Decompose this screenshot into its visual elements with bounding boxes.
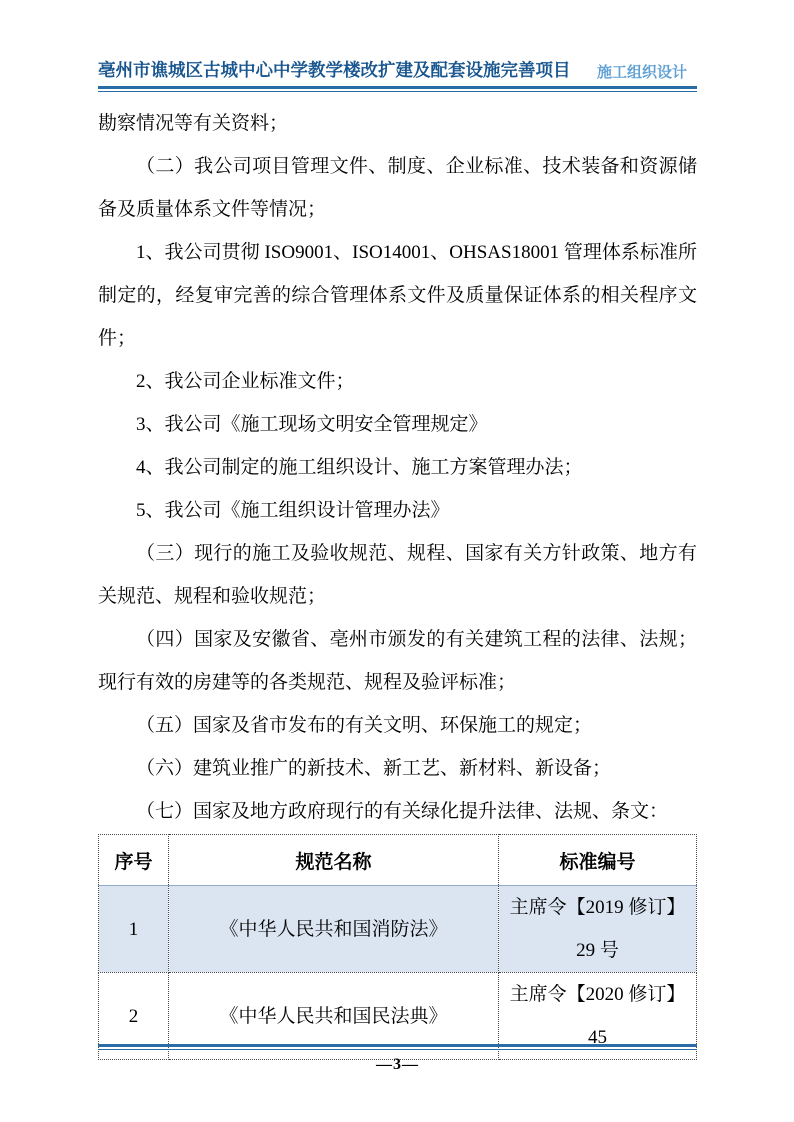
page-footer: —3—: [98, 1044, 697, 1074]
page-number: —3—: [98, 1056, 697, 1074]
header-rule: [98, 86, 697, 92]
document-body: 勘察情况等有关资料； （二）我公司项目管理文件、制度、企业标准、技术装备和资源储…: [98, 102, 697, 1060]
column-header-index: 序号: [99, 835, 169, 886]
paragraph-section-2: （二）我公司项目管理文件、制度、企业标准、技术装备和资源储备及质量体系文件等情况…: [98, 145, 697, 231]
paragraph-item-1: 1、我公司贯彻 ISO9001、ISO14001、OHSAS18001 管理体系…: [98, 231, 697, 360]
paragraph-item-2: 2、我公司企业标准文件；: [98, 360, 697, 403]
cell-name: 《中华人民共和国消防法》: [168, 886, 498, 973]
document-page: 亳州市谯城区古城中心中学教学楼改扩建及配套设施完善项目 施工组织设计 勘察情况等…: [0, 0, 794, 1122]
table-header-row: 序号 规范名称 标准编号: [99, 835, 697, 886]
cell-code: 主席令【2019 修订】29 号: [499, 886, 697, 973]
paragraph-section-3: （三）现行的施工及验收规范、规程、国家有关方针政策、地方有关规范、规程和验收规范…: [98, 532, 697, 618]
paragraph-item-5: 5、我公司《施工组织设计管理办法》: [98, 489, 697, 532]
header-project-title: 亳州市谯城区古城中心中学教学楼改扩建及配套设施完善项目: [98, 57, 571, 82]
cell-index: 1: [99, 886, 169, 973]
paragraph-item-3: 3、我公司《施工现场文明安全管理规定》: [98, 403, 697, 446]
table-row: 1 《中华人民共和国消防法》 主席令【2019 修订】29 号: [99, 886, 697, 973]
paragraph-item-4: 4、我公司制定的施工组织设计、施工方案管理办法；: [98, 446, 697, 489]
paragraph-section-6: （六）建筑业推广的新技术、新工艺、新材料、新设备；: [98, 747, 697, 790]
footer-rule: [98, 1044, 697, 1050]
paragraph-section-7: （七）国家及地方政府现行的有关绿化提升法律、法规、条文：: [98, 790, 697, 833]
regulations-table: 序号 规范名称 标准编号 1 《中华人民共和国消防法》 主席令【2019 修订】…: [98, 834, 697, 1060]
header-doc-type: 施工组织设计: [597, 61, 697, 82]
column-header-code: 标准编号: [499, 835, 697, 886]
column-header-name: 规范名称: [168, 835, 498, 886]
paragraph-section-5: （五）国家及省市发布的有关文明、环保施工的规定；: [98, 704, 697, 747]
page-header: 亳州市谯城区古城中心中学教学楼改扩建及配套设施完善项目 施工组织设计: [98, 57, 697, 86]
paragraph-section-4: （四）国家及安徽省、亳州市颁发的有关建筑工程的法律、法规；现行有效的房建等的各类…: [98, 618, 697, 704]
paragraph-continuation: 勘察情况等有关资料；: [98, 102, 697, 145]
